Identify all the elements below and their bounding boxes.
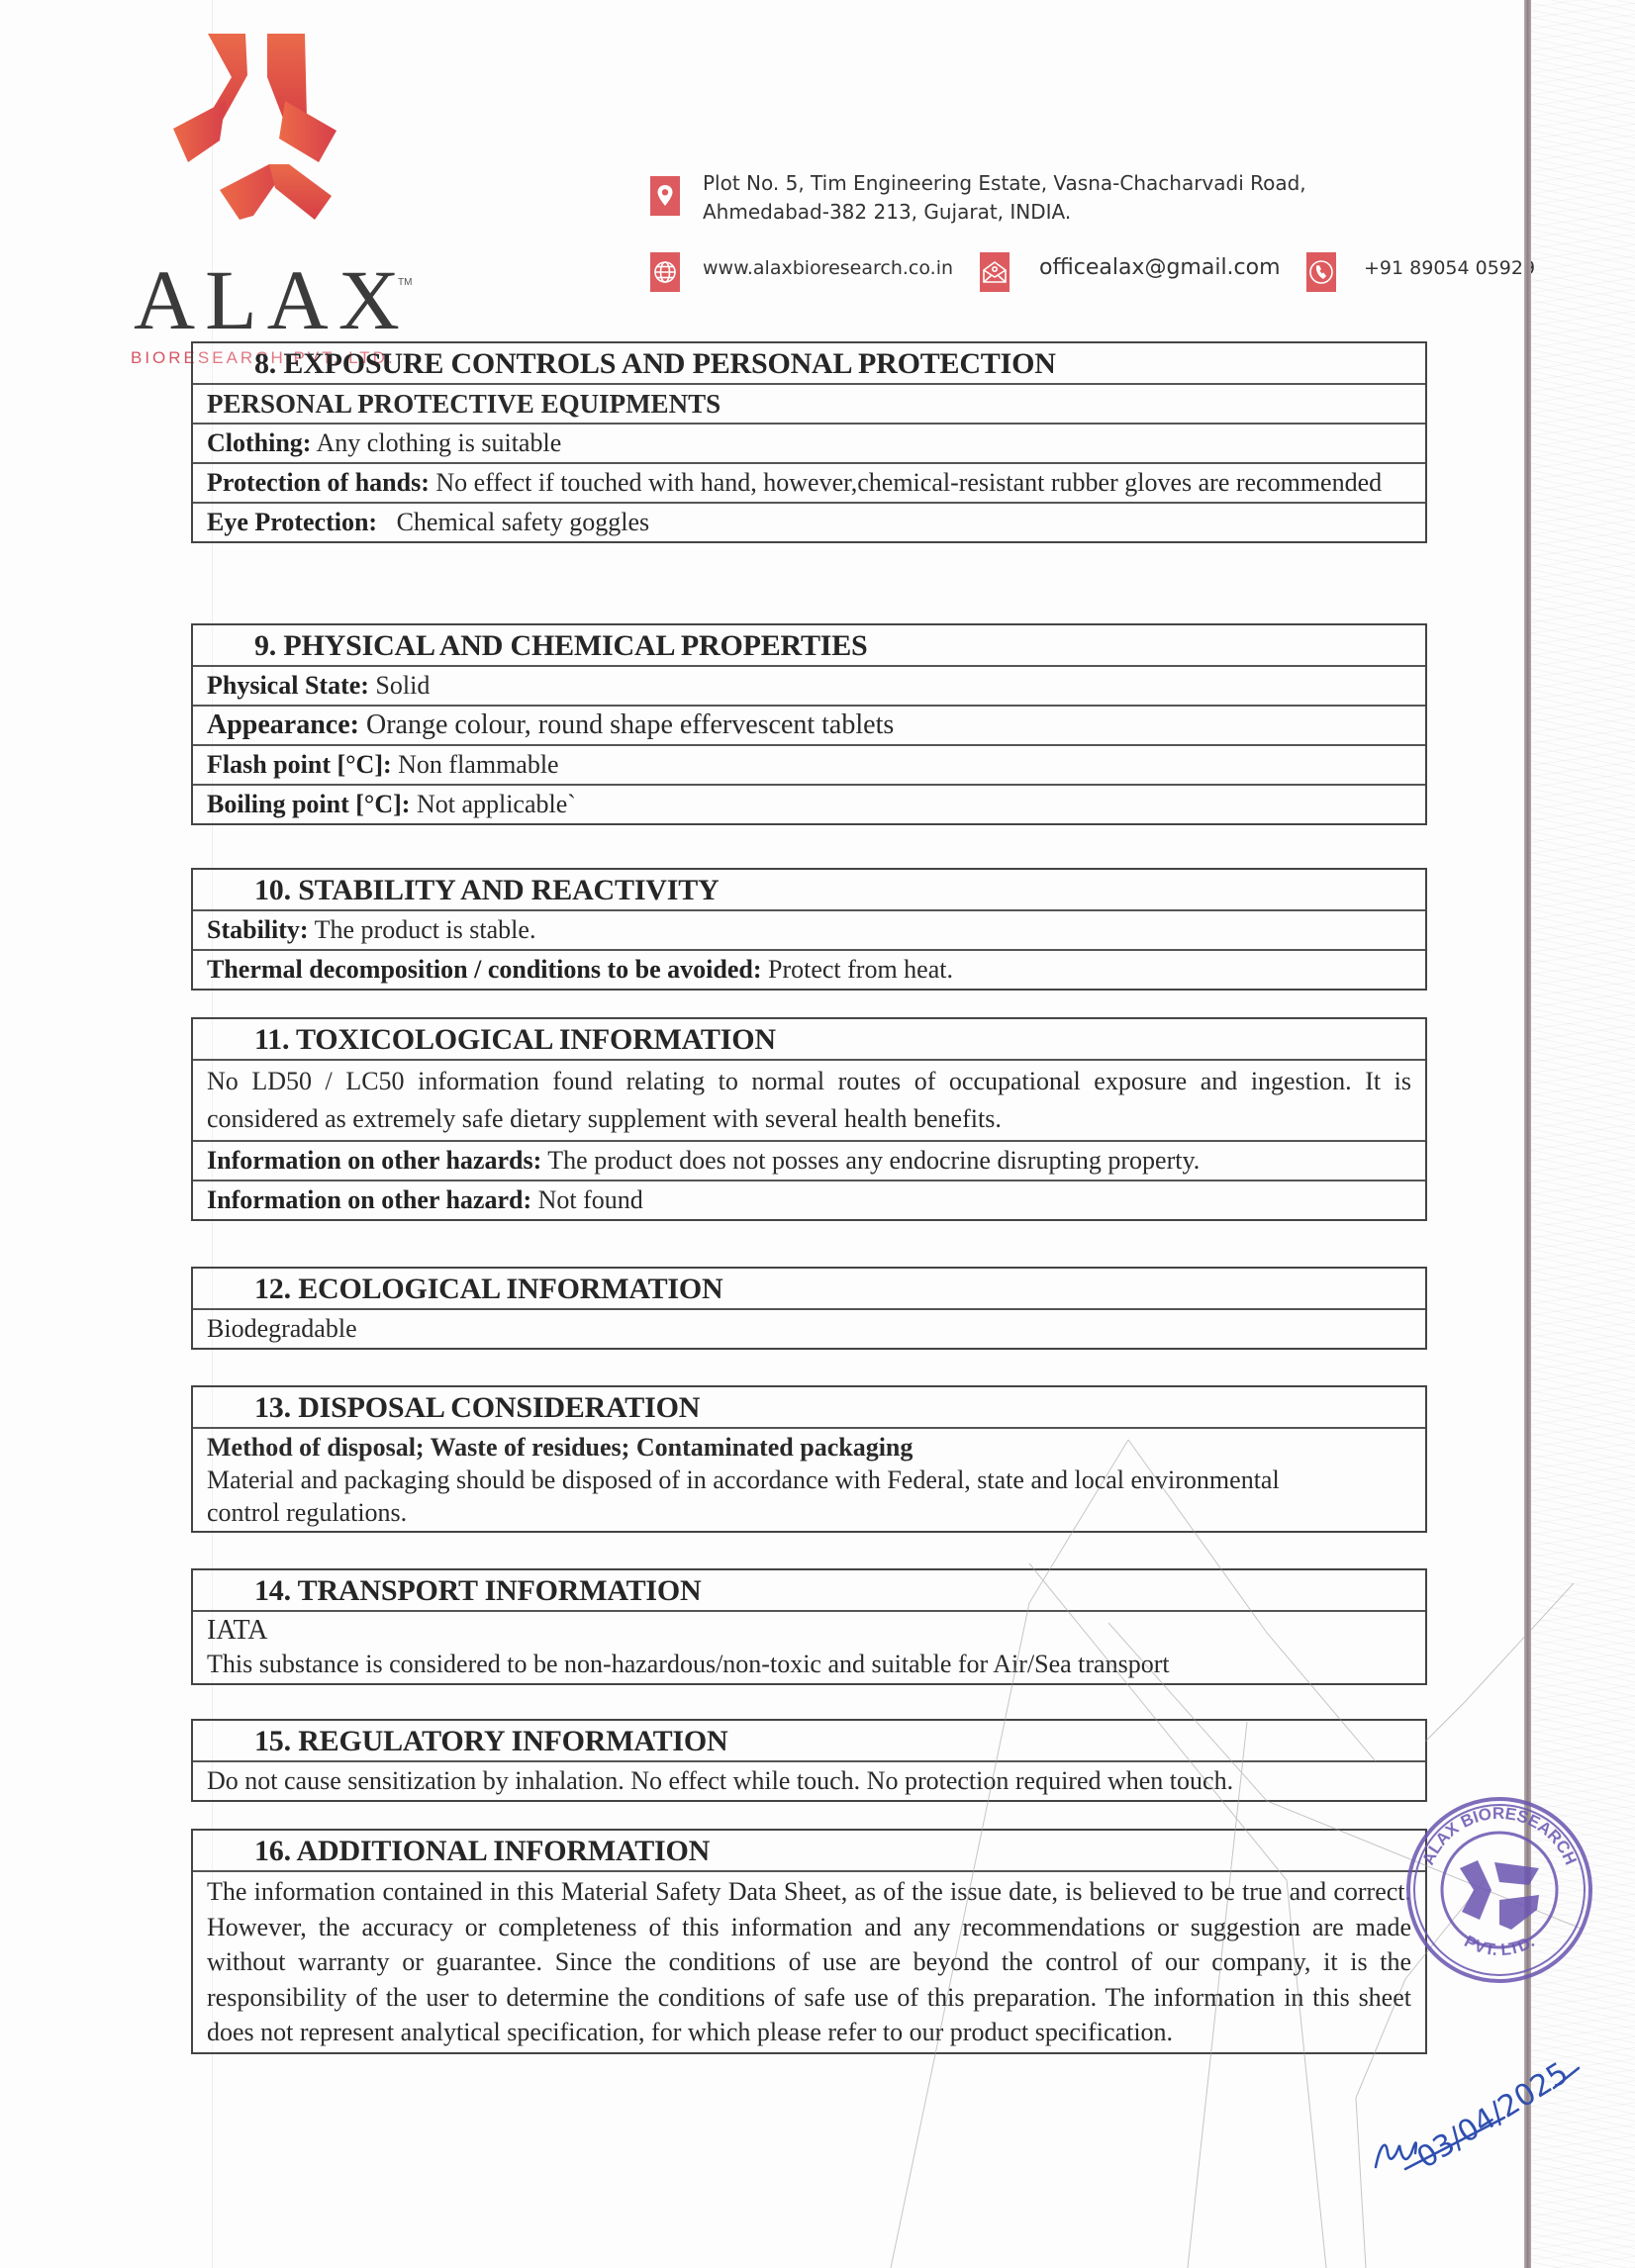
trademark-symbol: TM xyxy=(398,277,412,288)
appearance-row: Appearance: Orange colour, round shape e… xyxy=(193,707,1425,746)
section-11-toxicological: 11. TOXICOLOGICAL INFORMATION No LD50 / … xyxy=(191,1017,1427,1221)
thermal-value: Protect from heat. xyxy=(761,955,953,984)
other-hazard-label: Information on other hazard: xyxy=(207,1185,531,1214)
address-line-1: Plot No. 5, Tim Engineering Estate, Vasn… xyxy=(703,169,1306,198)
alax-logo-mark-icon xyxy=(158,30,386,257)
boiling-point-row: Boiling point [°C]: Not applicable` xyxy=(193,786,1425,823)
physical-state-value: Solid xyxy=(369,671,430,700)
stamp-bottom-text: PVT. LTD. xyxy=(1461,1932,1537,1959)
section-13-disposal: 13. DISPOSAL CONSIDERATION Method of dis… xyxy=(191,1385,1427,1533)
section-10-stability: 10. STABILITY AND REACTIVITY Stability: … xyxy=(191,868,1427,991)
section-title: 10. STABILITY AND REACTIVITY xyxy=(193,870,1425,911)
disposal-method-label: Method of disposal; Waste of residues; C… xyxy=(207,1431,1411,1464)
stability-row: Stability: The product is stable. xyxy=(193,911,1425,951)
boiling-point-value: Not applicable` xyxy=(410,790,576,818)
physical-state-row: Physical State: Solid xyxy=(193,667,1425,707)
clothing-label: Clothing: xyxy=(207,428,311,457)
section-16-additional: 16. ADDITIONAL INFORMATION The informati… xyxy=(191,1829,1427,2054)
toxicology-text: No LD50 / LC50 information found relatin… xyxy=(193,1061,1425,1142)
other-hazard-value: Not found xyxy=(531,1185,643,1214)
globe-icon xyxy=(650,252,680,292)
disposal-text: Material and packaging should be dispose… xyxy=(207,1464,1286,1529)
stamp-top-text: ALAX BIORESEARCH xyxy=(1418,1804,1581,1868)
disposal-row: Method of disposal; Waste of residues; C… xyxy=(193,1429,1425,1531)
phone-icon xyxy=(1306,252,1336,292)
physical-state-label: Physical State: xyxy=(207,671,369,700)
boiling-point-label: Boiling point [°C]: xyxy=(207,790,410,818)
hands-value: No effect if touched with hand, however,… xyxy=(430,468,1382,497)
clothing-value: Any clothing is suitable xyxy=(311,428,561,457)
eye-label: Eye Protection: xyxy=(207,508,377,536)
regulatory-text: Do not cause sensitization by inhalation… xyxy=(193,1762,1425,1800)
section-15-regulatory: 15. REGULATORY INFORMATION Do not cause … xyxy=(191,1719,1427,1802)
additional-text: The information contained in this Materi… xyxy=(193,1872,1425,2052)
phone-number[interactable]: +91 89054 05929 xyxy=(1364,255,1535,283)
hands-label: Protection of hands: xyxy=(207,468,430,497)
section-9-physical-properties: 9. PHYSICAL AND CHEMICAL PROPERTIES Phys… xyxy=(191,623,1427,825)
other-hazards-value: The product does not posses any endocrin… xyxy=(541,1146,1200,1175)
appearance-value: Orange colour, round shape effervescent … xyxy=(359,709,894,740)
mail-icon xyxy=(980,252,1010,292)
eye-value: Chemical safety goggles xyxy=(377,508,649,536)
appearance-label: Appearance: xyxy=(207,709,359,740)
signature-date-text: 03/04/2025 xyxy=(1411,2058,1575,2176)
section-title: 13. DISPOSAL CONSIDERATION xyxy=(193,1387,1425,1429)
company-wordmark: ALAX xyxy=(134,257,410,342)
ecological-text: Biodegradable xyxy=(193,1310,1425,1348)
flash-point-value: Non flammable xyxy=(392,750,559,779)
section-title: 11. TOXICOLOGICAL INFORMATION xyxy=(193,1019,1425,1061)
other-hazard-row: Information on other hazard: Not found xyxy=(193,1181,1425,1219)
clothing-row: Clothing: Any clothing is suitable xyxy=(193,425,1425,464)
company-seal-stamp: ALAX BIORESEARCH PVT. LTD. xyxy=(1400,1791,1598,1989)
address-line-2: Ahmedabad-382 213, Gujarat, INDIA. xyxy=(703,198,1071,227)
section-12-ecological: 12. ECOLOGICAL INFORMATION Biodegradable xyxy=(191,1267,1427,1350)
section-title: 8. EXPOSURE CONTROLS AND PERSONAL PROTEC… xyxy=(193,343,1425,385)
flash-point-label: Flash point [°C]: xyxy=(207,750,392,779)
iata-label: IATA xyxy=(207,1614,1411,1648)
email-link[interactable]: officealax@gmail.com xyxy=(1039,252,1281,284)
stability-label: Stability: xyxy=(207,915,309,944)
section-8-exposure-controls: 8. EXPOSURE CONTROLS AND PERSONAL PROTEC… xyxy=(191,341,1427,543)
stability-value: The product is stable. xyxy=(309,915,536,944)
company-logo: ALAX TM BIORESEARCH PVT. LTD. xyxy=(129,30,426,346)
thermal-label: Thermal decomposition / conditions to be… xyxy=(207,955,761,984)
location-pin-icon xyxy=(650,176,680,216)
other-hazards-row: Information on other hazards: The produc… xyxy=(193,1142,1425,1181)
flash-point-row: Flash point [°C]: Non flammable xyxy=(193,746,1425,786)
thermal-row: Thermal decomposition / conditions to be… xyxy=(193,951,1425,989)
section-title: 12. ECOLOGICAL INFORMATION xyxy=(193,1269,1425,1310)
section-title: 14. TRANSPORT INFORMATION xyxy=(193,1570,1425,1612)
section-title: 15. REGULATORY INFORMATION xyxy=(193,1721,1425,1762)
transport-row: IATA This substance is considered to be … xyxy=(193,1612,1425,1683)
hands-row: Protection of hands: No effect if touche… xyxy=(193,464,1425,504)
transport-text: This substance is considered to be non-h… xyxy=(207,1648,1411,1681)
signature-date: 03/04/2025 xyxy=(1366,2058,1584,2177)
ppe-subheading: PERSONAL PROTECTIVE EQUIPMENTS xyxy=(193,385,1425,425)
section-14-transport: 14. TRANSPORT INFORMATION IATA This subs… xyxy=(191,1568,1427,1685)
eye-row: Eye Protection: Chemical safety goggles xyxy=(193,504,1425,541)
other-hazards-label: Information on other hazards: xyxy=(207,1146,541,1175)
section-title: 9. PHYSICAL AND CHEMICAL PROPERTIES xyxy=(193,625,1425,667)
website-link[interactable]: www.alaxbioresearch.co.in xyxy=(703,255,953,283)
section-title: 16. ADDITIONAL INFORMATION xyxy=(193,1831,1425,1872)
